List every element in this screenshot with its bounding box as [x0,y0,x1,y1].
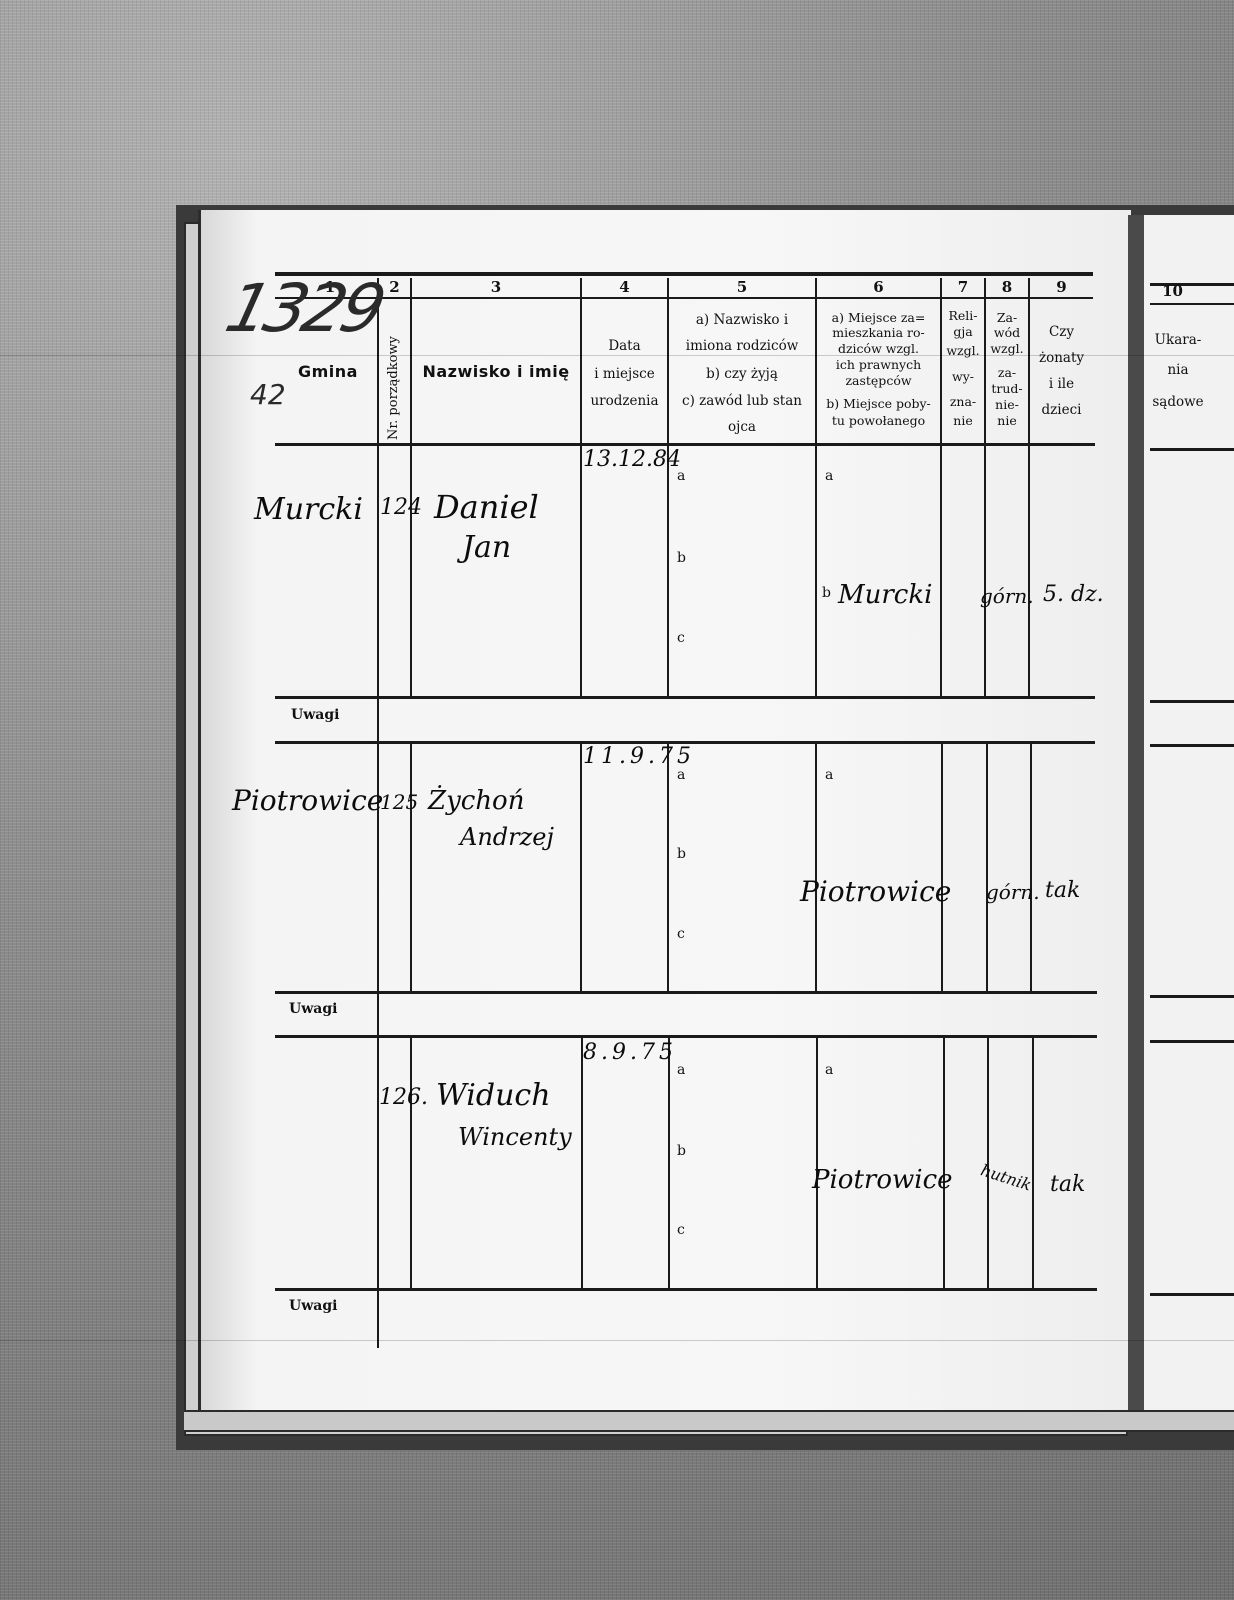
column-rule-6-7-a [940,278,942,698]
sub-label-a: a [677,767,685,783]
entry-nr: 124 [380,495,422,520]
column-number-6: 6 [817,278,940,296]
facing-header-bottom-rule [1150,448,1234,451]
remarks-label: Uwagi [289,1298,337,1314]
column-number-5: 5 [669,278,815,296]
entry-occupation: górn. [980,584,1034,608]
column-header-nazwisko-i-imie: Nazwisko i imię [412,362,580,381]
column-number-3: 3 [412,278,580,296]
entry-gmina: Murcki [254,492,363,527]
book-gutter [1128,215,1144,1415]
entry-occupation: górn. [986,880,1040,904]
sub-label-c: c [677,926,685,942]
entry-surname: Daniel [434,488,539,526]
column-rule-2-3-b [410,743,412,993]
column-rule-5-6-c [816,1038,818,1288]
page-bottom-edge [184,1410,1234,1432]
column-rule-8-9-a [1028,278,1030,698]
entry-residence: Murcki [838,580,932,610]
sub-label-a: a [825,1062,833,1078]
entry-residence: Piotrowice [800,875,951,908]
column-number-7: 7 [942,278,984,296]
sub-number-annotation: 42 [250,378,286,411]
header-number-rule [275,297,1093,299]
column-rule-8-9-c [1032,1038,1034,1288]
remarks-top-rule [275,696,1095,699]
column-number-4: 4 [582,278,667,296]
column-number-10: 10 [1150,282,1195,300]
column-number-9: 9 [1030,278,1093,296]
column-rule-4-5-b [667,743,669,993]
remarks-bottom-rule [275,1035,1097,1038]
column-rule-4-5-c [668,1038,670,1288]
entry-surname: Żychoń [428,786,524,816]
entry-surname: Widuch [436,1078,551,1113]
header-top-rule [275,272,1093,276]
entry-given-name: Andrzej [460,823,554,851]
remarks-top-rule [275,1288,1097,1291]
column-rule-2-3-c [410,1038,412,1288]
facing-remarks-rule [1150,700,1234,703]
entry-married-children: tak [1045,878,1080,903]
column-number-8: 8 [986,278,1028,296]
scan-artifact-line [0,1340,1234,1341]
remarks-top-rule [275,991,1097,994]
column-rule-8-9-b [1030,743,1032,993]
facing-remarks-rule [1150,744,1234,747]
entry-nr: 125 [380,790,418,814]
column-rule-7-8-b [986,743,988,993]
entry-married-children: tak [1050,1172,1085,1197]
entry-birth-date: 8.9.75 [583,1040,677,1065]
column-header-nr-porzadkowy: Nr. porządkowy [386,336,401,440]
entry-birth-date: 13.12.84 [583,447,681,472]
sub-label-b: b [677,1143,686,1159]
sub-label-c: c [677,1222,685,1238]
sub-label-a: a [677,468,685,484]
remarks-label: Uwagi [291,707,339,723]
column-rule-5-6-b [815,743,817,993]
column-rule-2-3-a [410,278,412,698]
entry-given-name: Wincenty [458,1123,572,1151]
sub-label-b: b [677,550,686,566]
column-rule-3-4-c [581,1038,583,1288]
sub-label-a: a [677,1062,685,1078]
facing-remarks-rule [1150,995,1234,998]
remarks-label: Uwagi [289,1001,337,1017]
column-rule-3-4-b [580,743,582,993]
column-rule-6-7-c [943,1038,945,1288]
facing-header-number-rule [1150,303,1234,305]
sub-label-b: b [677,846,686,862]
sub-label-a: a [825,767,833,783]
sub-label-c: c [677,630,685,646]
facing-remarks-rule [1150,1040,1234,1043]
entry-birth-date: 11.9.75 [583,744,695,769]
scan-artifact-line [0,355,1234,356]
entry-nr: 126. [379,1085,428,1110]
sub-label-a: a [825,468,833,484]
facing-remarks-rule [1150,1293,1234,1296]
entry-given-name: Jan [462,530,511,565]
sub-label-b: b [822,585,831,601]
entry-married-children: 5. dz. [1043,582,1104,607]
archive-number-annotation: 1329 [218,270,389,347]
header-bottom-rule [275,443,1095,446]
entry-residence: Piotrowice [812,1165,953,1195]
entry-gmina: Piotrowice [232,784,383,817]
column-rule-6-7-b [941,743,943,993]
column-header-gmina: Gmina [283,362,373,381]
